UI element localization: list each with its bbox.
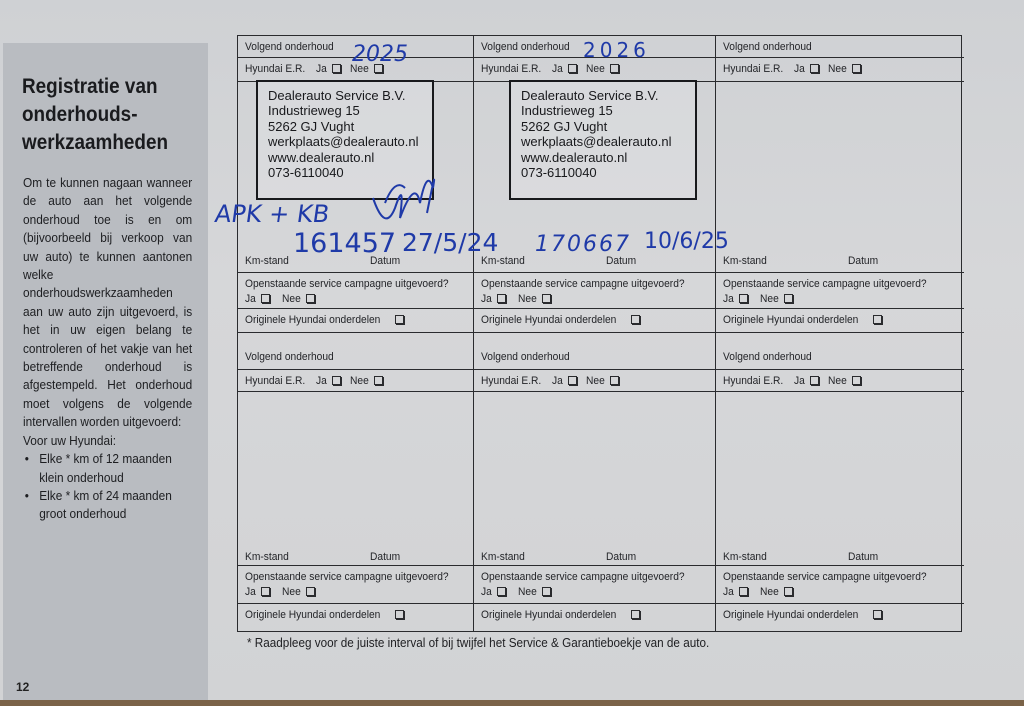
volgend-onderhoud-row: Volgend onderhoud (716, 346, 964, 370)
hyundai-er-row: Hyundai E.R. Ja Nee (474, 370, 716, 392)
dealer-stamp: Dealerauto Service B.V. Industrieweg 15 … (509, 80, 697, 200)
interval-item: Elke * km of 12 maanden klein onderhoud (39, 450, 192, 487)
originele-onderdelen-row: Originele Hyundai onderdelen (238, 604, 473, 630)
volgend-onderhoud-row: Volgend onderhoud (474, 346, 716, 370)
campagne-nee-checkbox[interactable] (784, 587, 793, 596)
handwritten-km-stand: 170667 (535, 232, 631, 257)
campagne-ja-checkbox[interactable] (261, 587, 270, 596)
origineel-checkbox[interactable] (395, 610, 404, 619)
datum-label: Datum (848, 255, 878, 267)
hyundai-er-label: Hyundai E.R. (481, 375, 541, 387)
intro-text: Om te kunnen nagaan wanneer de auto aan … (23, 174, 192, 524)
hyundai-er-label: Hyundai E.R. (723, 63, 783, 75)
handwritten-volgend-2025: 2025 (352, 42, 408, 67)
stamp-line: 073-6110040 (521, 165, 695, 180)
stamp-line: Industrieweg 15 (521, 103, 695, 118)
originele-onderdelen-label: Originele Hyundai onderdelen (481, 609, 616, 621)
campagne-ja-checkbox[interactable] (497, 587, 506, 596)
ja-label: Ja (552, 63, 563, 75)
originele-onderdelen-label: Originele Hyundai onderdelen (481, 314, 616, 326)
hyundai-er-row: Hyundai E.R. Ja Nee (238, 370, 473, 392)
campagne-ja-checkbox[interactable] (739, 294, 748, 303)
km-datum-row: Km-standDatum (474, 544, 716, 566)
handwritten-volgend-2026: 2026 (583, 38, 650, 62)
volgend-onderhoud-label: Volgend onderhoud (481, 41, 570, 53)
title-line-1: Registratie van (22, 75, 158, 98)
title-line-2: onderhouds- (22, 103, 137, 126)
nee-label: Nee (760, 585, 779, 600)
er-ja-checkbox[interactable] (332, 376, 341, 385)
stamp-area (716, 82, 964, 248)
km-stand-label: Km-stand (245, 255, 289, 267)
originele-onderdelen-label: Originele Hyundai onderdelen (723, 609, 858, 621)
handwritten-datum: 27/5/24 (402, 228, 498, 257)
volgend-onderhoud-label: Volgend onderhoud (723, 351, 812, 363)
intro-paragraph: Om te kunnen nagaan wanneer de auto aan … (23, 174, 192, 432)
km-stand-label: Km-stand (723, 551, 767, 563)
nee-label: Nee (586, 375, 605, 387)
stamp-area (716, 392, 964, 544)
nee-label: Nee (828, 375, 847, 387)
km-stand-label: Km-stand (723, 255, 767, 267)
nee-label: Nee (760, 292, 779, 307)
er-ja-checkbox[interactable] (810, 64, 819, 73)
handwritten-datum: 10/6/25 (644, 229, 729, 254)
volgend-onderhoud-label: Volgend onderhoud (245, 351, 334, 363)
ja-label: Ja (481, 585, 492, 600)
ja-label: Ja (723, 292, 734, 307)
campagne-nee-checkbox[interactable] (542, 587, 551, 596)
campagne-label: Openstaande service campagne uitgevoerd? (245, 277, 449, 292)
origineel-checkbox[interactable] (631, 610, 640, 619)
hyundai-er-row: Hyundai E.R. Ja Nee (716, 58, 964, 82)
campagne-row: Openstaande service campagne uitgevoerd?… (716, 273, 964, 309)
campagne-ja-checkbox[interactable] (497, 294, 506, 303)
desk-surface (0, 700, 1024, 706)
interval-list: Elke * km of 12 maanden klein onderhoud … (23, 450, 192, 524)
intro-subheading: Voor uw Hyundai: (23, 432, 192, 450)
volgend-onderhoud-row: Volgend onderhoud (238, 346, 473, 370)
originele-onderdelen-row: Originele Hyundai onderdelen (238, 309, 473, 333)
campagne-label: Openstaande service campagne uitgevoerd? (481, 570, 685, 585)
page-title: Registratie van onderhouds- werkzaamhede… (22, 73, 168, 157)
km-datum-row: Km-standDatum (716, 248, 964, 273)
sidebar-panel: Registratie van onderhouds- werkzaamhede… (3, 43, 208, 700)
km-stand-label: Km-stand (245, 551, 289, 563)
er-ja-checkbox[interactable] (810, 376, 819, 385)
ja-label: Ja (316, 63, 327, 75)
title-line-3: werkzaamheden (22, 131, 168, 154)
originele-onderdelen-row: Originele Hyundai onderdelen (716, 604, 964, 630)
interval-item: Elke * km of 24 maanden groot onderhoud (39, 487, 192, 524)
hyundai-er-label: Hyundai E.R. (481, 63, 541, 75)
campagne-nee-checkbox[interactable] (306, 587, 315, 596)
er-nee-checkbox[interactable] (610, 64, 619, 73)
origineel-checkbox[interactable] (873, 610, 882, 619)
ja-label: Ja (794, 375, 805, 387)
handwritten-note: APK + KB (213, 200, 331, 228)
originele-onderdelen-row: Originele Hyundai onderdelen (716, 309, 964, 333)
er-ja-checkbox[interactable] (568, 376, 577, 385)
datum-label: Datum (848, 551, 878, 563)
er-nee-checkbox[interactable] (374, 376, 383, 385)
originele-onderdelen-label: Originele Hyundai onderdelen (245, 609, 380, 621)
datum-label: Datum (370, 551, 400, 563)
campagne-label: Openstaande service campagne uitgevoerd? (245, 570, 449, 585)
nee-label: Nee (282, 292, 301, 307)
hyundai-er-label: Hyundai E.R. (723, 375, 783, 387)
stamp-line: werkplaats@dealerauto.nl (268, 134, 432, 149)
stamp-line: www.dealerauto.nl (521, 150, 695, 165)
campagne-label: Openstaande service campagne uitgevoerd? (481, 277, 685, 292)
stamp-area (474, 392, 716, 544)
booklet-page: Registratie van onderhouds- werkzaamhede… (0, 0, 1024, 700)
origineel-checkbox[interactable] (395, 315, 404, 324)
signature-icon (365, 158, 445, 228)
originele-onderdelen-row: Originele Hyundai onderdelen (474, 604, 716, 630)
grid-column: Volgend onderhoudHyundai E.R. Ja NeeKm-s… (715, 36, 964, 631)
stamp-line: Industrieweg 15 (268, 103, 432, 118)
page-number: 12 (16, 680, 29, 694)
er-nee-checkbox[interactable] (852, 376, 861, 385)
ja-label: Ja (481, 292, 492, 307)
stamp-line: werkplaats@dealerauto.nl (521, 134, 695, 149)
er-ja-checkbox[interactable] (568, 64, 577, 73)
ja-label: Ja (552, 375, 563, 387)
volgend-onderhoud-label: Volgend onderhoud (481, 351, 570, 363)
km-stand-label: Km-stand (481, 551, 525, 563)
ja-label: Ja (723, 585, 734, 600)
er-ja-checkbox[interactable] (332, 64, 341, 73)
ja-label: Ja (316, 375, 327, 387)
ja-label: Ja (794, 63, 805, 75)
stamp-area (238, 392, 473, 544)
er-nee-checkbox[interactable] (852, 64, 861, 73)
ja-label: Ja (245, 585, 256, 600)
volgend-onderhoud-label: Volgend onderhoud (723, 41, 812, 53)
originele-onderdelen-label: Originele Hyundai onderdelen (723, 314, 858, 326)
originele-onderdelen-label: Originele Hyundai onderdelen (245, 314, 380, 326)
volgend-onderhoud-row: Volgend onderhoud (716, 36, 964, 58)
km-datum-row: Km-standDatum (716, 544, 964, 566)
campagne-row: Openstaande service campagne uitgevoerd?… (474, 566, 716, 604)
nee-label: Nee (350, 375, 369, 387)
hyundai-er-label: Hyundai E.R. (245, 375, 305, 387)
nee-label: Nee (282, 585, 301, 600)
nee-label: Nee (586, 63, 605, 75)
nee-label: Nee (518, 585, 537, 600)
hyundai-er-label: Hyundai E.R. (245, 63, 305, 75)
nee-label: Nee (518, 292, 537, 307)
originele-onderdelen-row: Originele Hyundai onderdelen (474, 309, 716, 333)
nee-label: Nee (828, 63, 847, 75)
stamp-line: 5262 GJ Vught (268, 119, 432, 134)
datum-label: Datum (606, 551, 636, 563)
campagne-label: Openstaande service campagne uitgevoerd? (723, 277, 927, 292)
campagne-ja-checkbox[interactable] (739, 587, 748, 596)
er-nee-checkbox[interactable] (610, 376, 619, 385)
campagne-row: Openstaande service campagne uitgevoerd?… (238, 273, 473, 309)
volgend-onderhoud-label: Volgend onderhoud (245, 41, 334, 53)
campagne-ja-checkbox[interactable] (261, 294, 270, 303)
stamp-line: 5262 GJ Vught (521, 119, 695, 134)
stamp-line: Dealerauto Service B.V. (521, 88, 695, 103)
campagne-row: Openstaande service campagne uitgevoerd?… (716, 566, 964, 604)
campagne-nee-checkbox[interactable] (542, 294, 551, 303)
km-datum-row: Km-standDatum (238, 544, 473, 566)
footnote: * Raadpleeg voor de juiste interval of b… (247, 636, 709, 650)
campagne-label: Openstaande service campagne uitgevoerd? (723, 570, 927, 585)
ja-label: Ja (245, 292, 256, 307)
hyundai-er-row: Hyundai E.R. Ja Nee (716, 370, 964, 392)
campagne-row: Openstaande service campagne uitgevoerd?… (474, 273, 716, 309)
origineel-checkbox[interactable] (873, 315, 882, 324)
handwritten-km-stand: 161457 (293, 228, 396, 259)
campagne-nee-checkbox[interactable] (784, 294, 793, 303)
campagne-row: Openstaande service campagne uitgevoerd?… (238, 566, 473, 604)
origineel-checkbox[interactable] (631, 315, 640, 324)
stamp-line: Dealerauto Service B.V. (268, 88, 432, 103)
campagne-nee-checkbox[interactable] (306, 294, 315, 303)
